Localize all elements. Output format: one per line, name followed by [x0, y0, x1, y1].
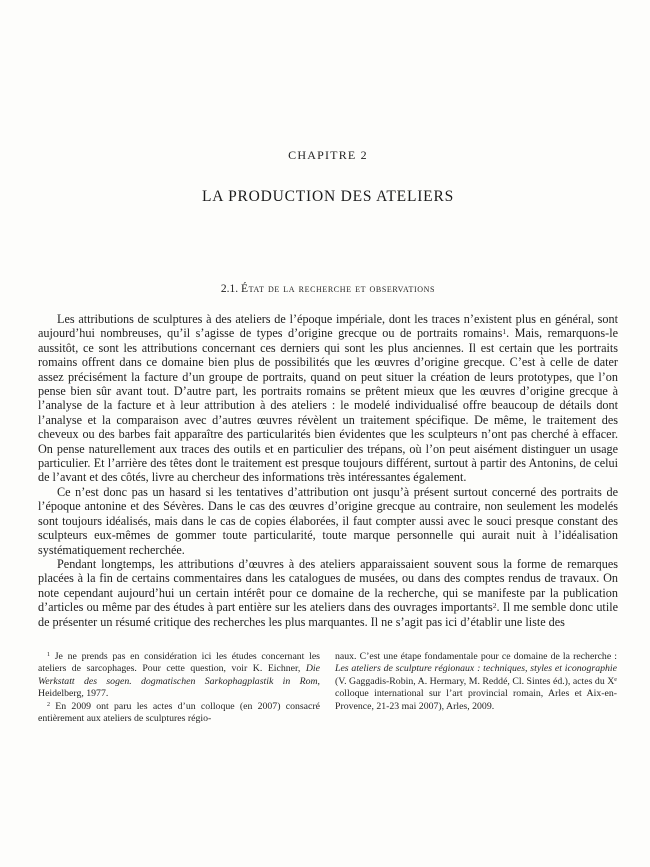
- chapter-title: LA PRODUCTION DES ATELIERS: [38, 188, 618, 206]
- section-number: 2.1.: [221, 283, 238, 295]
- chapter-label: CHAPITRE 2: [38, 148, 618, 163]
- footnote-2-marker: 2: [47, 702, 50, 708]
- paragraph-1: Les attributions de sculptures à des ate…: [38, 312, 618, 485]
- paragraph-2-text: Ce n’est donc pas un hasard si les tenta…: [38, 485, 618, 557]
- footnote-column-left: 1 Je ne prends pas en considération ici …: [38, 651, 320, 725]
- section-heading: 2.1. État de la recherche et observation…: [38, 283, 618, 295]
- footnote-1-text: Je ne prends pas en considération ici le…: [38, 651, 320, 674]
- ordinal-superscript: e: [614, 677, 617, 683]
- paragraph-2: Ce n’est donc pas un hasard si les tenta…: [38, 485, 618, 557]
- body-text: Les attributions de sculptures à des ate…: [38, 312, 618, 629]
- footnote-2-title-italic: Les ateliers de sculpture régionaux : te…: [335, 663, 617, 674]
- footnote-2-continuation: naux. C’est une étape fondamentale pour …: [335, 651, 617, 713]
- footnote-2-start: 2 En 2009 ont paru les actes d’un colloq…: [38, 701, 320, 726]
- footnote-1-marker: 1: [47, 652, 50, 658]
- paragraph-3: Pendant longtemps, les attributions d’œu…: [38, 557, 618, 629]
- footnote-2-text-left: En 2009 ont paru les actes d’un colloque…: [38, 701, 320, 724]
- footnote-2-text-right: colloque international sur l’art provinc…: [335, 688, 617, 711]
- footnote-2-text-right: naux. C’est une étape fondamentale pour …: [335, 651, 617, 662]
- footnote-column-right: naux. C’est une étape fondamentale pour …: [335, 651, 617, 725]
- footnotes: 1 Je ne prends pas en considération ici …: [38, 651, 618, 725]
- footnote-ref-1: 1: [502, 327, 506, 336]
- book-page: CHAPITRE 2 LA PRODUCTION DES ATELIERS 2.…: [0, 0, 650, 867]
- section-title: État de la recherche et observations: [241, 283, 435, 295]
- footnote-ref-2: 2: [493, 601, 497, 610]
- footnote-2-text-right: (V. Gaggadis-Robin, A. Hermary, M. Reddé…: [335, 676, 614, 687]
- paragraph-1-text: . Mais, remarquons-le aussitôt, ce sont …: [38, 326, 618, 484]
- footnote-1: 1 Je ne prends pas en considération ici …: [38, 651, 320, 701]
